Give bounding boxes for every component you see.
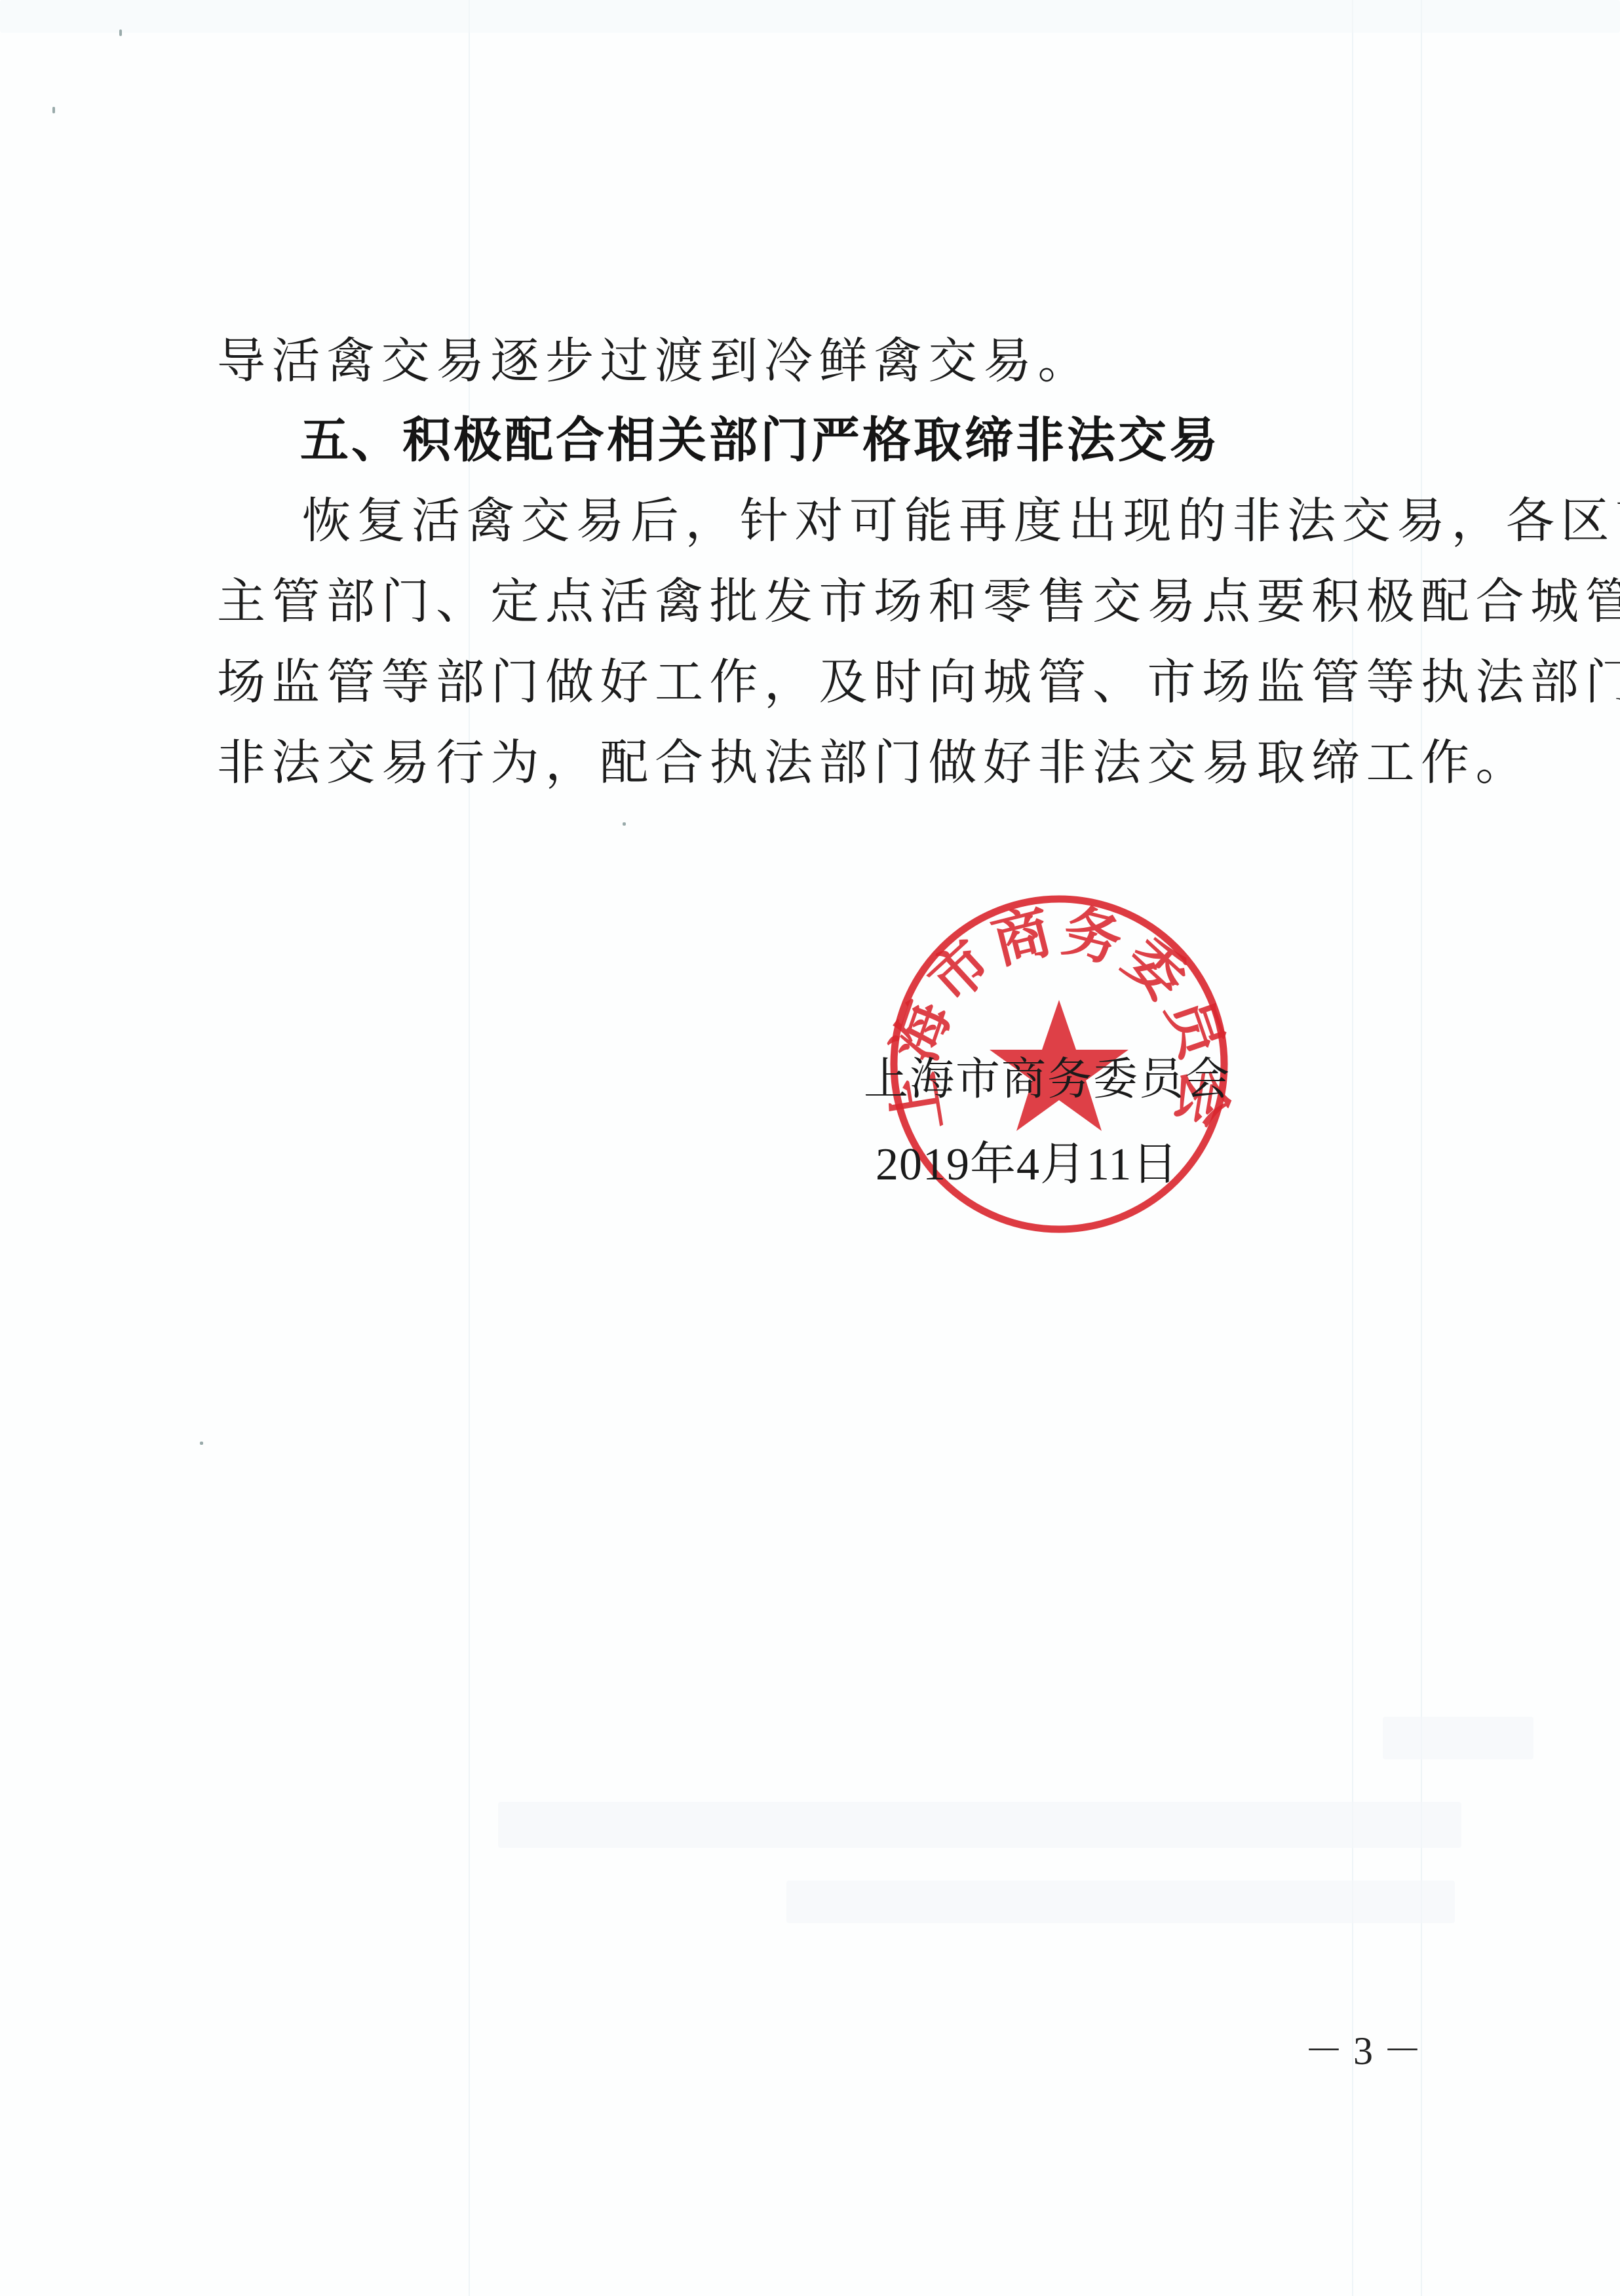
signature-date: 2019年4月11日 [876,1136,1178,1195]
paragraph-line: 非法交易行为，配合执法部门做好非法交易取缔工作。 [217,733,1530,792]
signature-organization: 上海市商务委员会 [864,1050,1231,1109]
continuation-line: 导活禽交易逐步过渡到冷鲜禽交易。 [217,332,1092,391]
paragraph-line: 恢复活禽交易后，针对可能再度出现的非法交易，各区商务 [302,491,1620,550]
section-heading: 五、积极配合相关部门严格取缔非法交易 [300,411,1220,470]
bleed-through-text [786,1881,1455,1923]
paragraph-line: 场监管等部门做好工作，及时向城管、市场监管等执法部门举报 [217,653,1620,712]
scan-speck [52,107,55,113]
bleed-through-text [498,1802,1461,1848]
scan-artifact-line [1352,0,1353,2296]
bleed-through-text [1383,1717,1533,1759]
scan-speck [623,822,626,826]
bleed-through-header [0,0,1620,33]
scan-speck [200,1442,203,1445]
paragraph-line: 主管部门、定点活禽批发市场和零售交易点要积极配合城管、市 [217,572,1620,631]
document-page: 导活禽交易逐步过渡到冷鲜禽交易。 五、积极配合相关部门严格取缔非法交易 恢复活禽… [0,0,1620,2296]
scan-speck [119,29,122,36]
page-number: － 3 － [1304,2025,1422,2077]
scan-artifact-line [1421,0,1422,2296]
